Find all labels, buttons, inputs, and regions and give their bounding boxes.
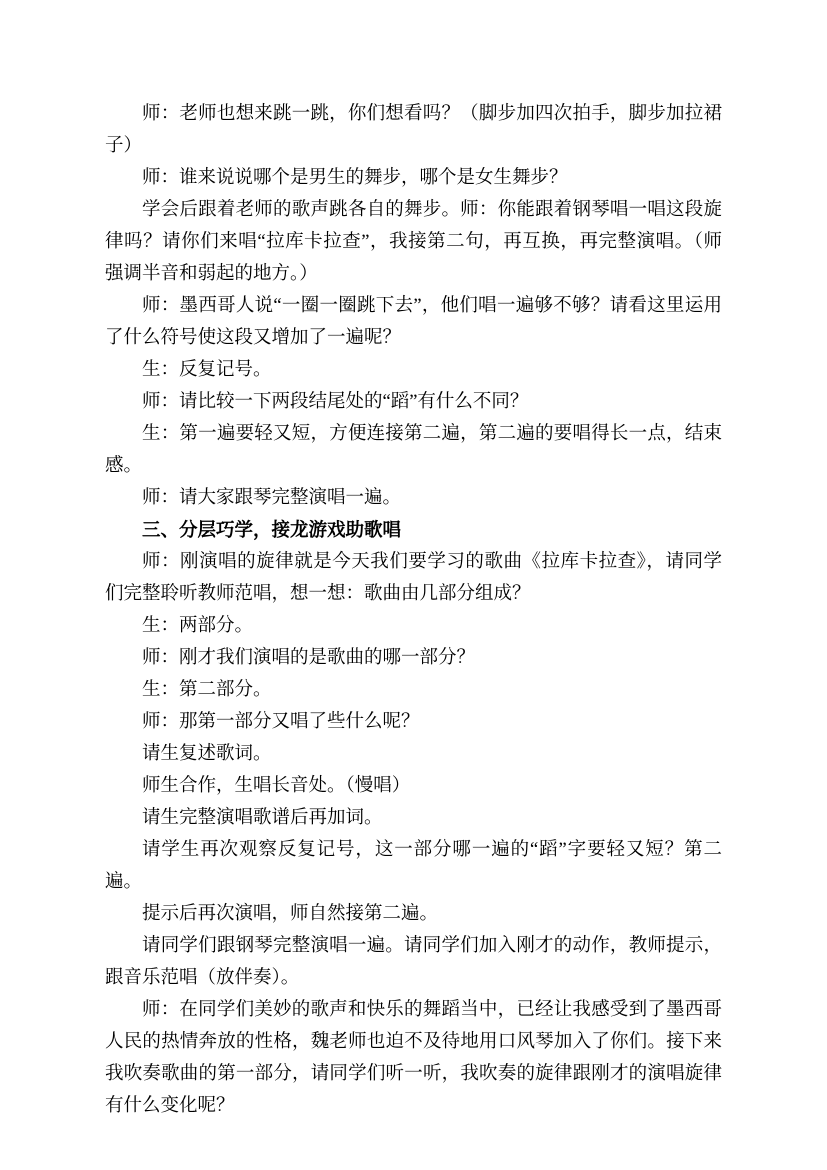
paragraph: 请生完整演唱歌谱后再加词。 — [105, 802, 722, 834]
paragraph: 师：墨西哥人说“一圈一圈跳下去”，他们唱一遍够不够？请看这里运用了什么符号使这段… — [105, 290, 722, 354]
document-page: 师：老师也想来跳一跳，你们想看吗？（脚步加四次拍手，脚步加拉裙子） 师：谁来说说… — [0, 0, 827, 1170]
paragraph: 请生复述歌词。 — [105, 738, 722, 770]
paragraph: 请学生再次观察反复记号，这一部分哪一遍的“蹈”字要轻又短？第二遍。 — [105, 834, 722, 898]
paragraph: 生：第一遍要轻又短，方便连接第二遍，第二遍的要唱得长一点，结束感。 — [105, 418, 722, 482]
paragraph: 师：谁来说说哪个是男生的舞步，哪个是女生舞步？ — [105, 162, 722, 194]
section-heading: 三、分层巧学，接龙游戏助歌唱 — [105, 514, 722, 546]
paragraph: 生：两部分。 — [105, 610, 722, 642]
paragraph: 师：请大家跟琴完整演唱一遍。 — [105, 482, 722, 514]
paragraph: 师：在同学们美妙的歌声和快乐的舞蹈当中，已经让我感受到了墨西哥人民的热情奔放的性… — [105, 994, 722, 1122]
paragraph: 师：请比较一下两段结尾处的“蹈”有什么不同？ — [105, 386, 722, 418]
paragraph: 师：刚才我们演唱的是歌曲的哪一部分？ — [105, 642, 722, 674]
paragraph: 学会后跟着老师的歌声跳各自的舞步。师：你能跟着钢琴唱一唱这段旋律吗？请你们来唱“… — [105, 194, 722, 290]
paragraph: 师：那第一部分又唱了些什么呢？ — [105, 706, 722, 738]
paragraph: 师生合作，生唱长音处。（慢唱） — [105, 770, 722, 802]
paragraph: 师：刚演唱的旋律就是今天我们要学习的歌曲《拉库卡拉查》，请同学们完整聆听教师范唱… — [105, 546, 722, 610]
paragraph: 师：老师也想来跳一跳，你们想看吗？（脚步加四次拍手，脚步加拉裙子） — [105, 98, 722, 162]
paragraph: 提示后再次演唱，师自然接第二遍。 — [105, 898, 722, 930]
paragraph: 生：反复记号。 — [105, 354, 722, 386]
paragraph: 生：第二部分。 — [105, 674, 722, 706]
paragraph: 请同学们跟钢琴完整演唱一遍。请同学们加入刚才的动作，教师提示，跟音乐范唱（放伴奏… — [105, 930, 722, 994]
